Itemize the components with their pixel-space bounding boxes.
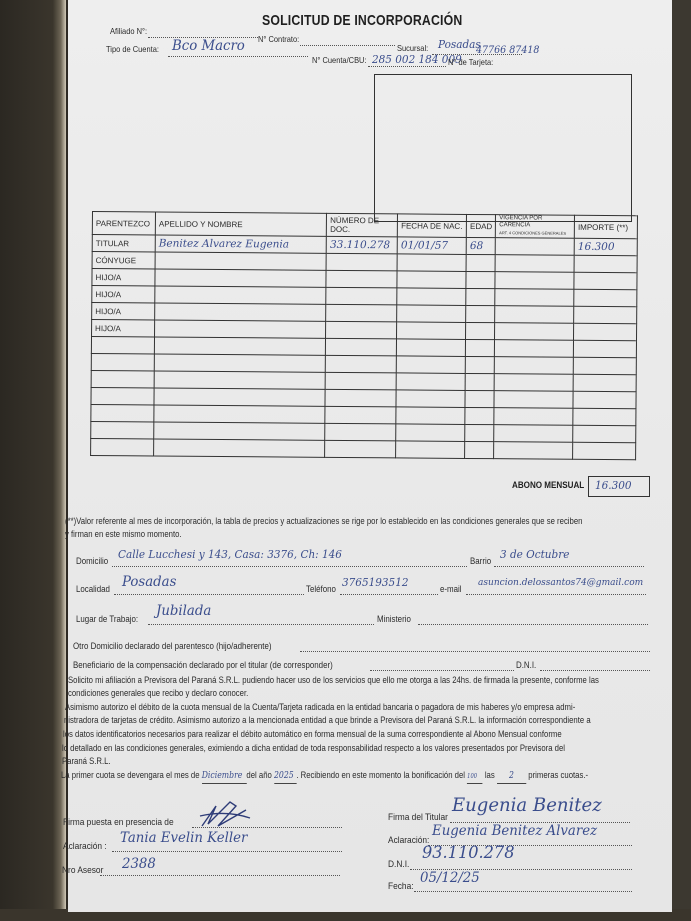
- photo-box: [374, 74, 632, 222]
- asesor-label: Nro Asesor: [62, 865, 103, 876]
- importe-cell[interactable]: [573, 442, 636, 459]
- beneficiario-label: Beneficiario de la compensación declarad…: [73, 660, 333, 670]
- fecha-cell[interactable]: [396, 373, 465, 391]
- domicilio-field[interactable]: [112, 566, 467, 567]
- email-value: asuncion.delossantos74@gmail.com: [478, 577, 643, 588]
- asesor-field[interactable]: [100, 875, 340, 876]
- tarjeta-label: N° de Tarjeta:: [448, 57, 493, 67]
- vigencia-cell[interactable]: [495, 357, 574, 375]
- edad-cell[interactable]: [466, 271, 495, 288]
- importe-cell[interactable]: [574, 272, 637, 289]
- cuota-pre-text: La primer cuota se devengara el mes de: [61, 770, 200, 780]
- vigencia-cell[interactable]: [495, 340, 574, 358]
- tarjeta-value: 47766 87418: [476, 45, 539, 56]
- doc-cell[interactable]: [325, 440, 396, 458]
- doc-cell[interactable]: [326, 304, 397, 322]
- members-table: PARENTEZCO APELLIDO Y NOMBRE NÚMERO DE D…: [90, 211, 638, 460]
- cuota-mid-text: . Recibiendo en este momento la bonifica…: [296, 770, 465, 780]
- edad-cell[interactable]: [465, 407, 494, 424]
- telefono-field[interactable]: [340, 594, 438, 595]
- edad-cell[interactable]: [465, 356, 494, 373]
- table-row: [91, 438, 636, 459]
- otro-domicilio-field[interactable]: [300, 651, 650, 652]
- legal-paragraph-4: nistradora de tarjetas de crédito. Asimi…: [64, 714, 666, 727]
- aclaracion-left-value: Tania Evelin Keller: [120, 830, 247, 846]
- aclaracion-left-label: Aclaración :: [63, 841, 107, 852]
- doc-cell[interactable]: [325, 372, 396, 390]
- cuota-year-value[interactable]: 2025: [274, 770, 296, 784]
- importe-cell[interactable]: [573, 340, 636, 357]
- importe-cell[interactable]: [574, 323, 637, 340]
- column-header: IMPORTE (**): [574, 215, 637, 238]
- nombre-cell[interactable]: [154, 371, 325, 389]
- legal-paragraph-7: Paraná S.R.L.: [62, 755, 664, 768]
- aclaracion-right-value: Eugenia Benitez Alvarez: [432, 823, 597, 839]
- doc-cell[interactable]: [325, 389, 396, 407]
- nombre-cell[interactable]: [154, 320, 325, 338]
- vigencia-cell[interactable]: [494, 391, 573, 409]
- form-title: SOLICITUD DE INCORPORACIÓN: [262, 12, 462, 29]
- witness-signature-scribble: [196, 796, 256, 830]
- doc-cell[interactable]: [326, 321, 397, 339]
- fecha-cell[interactable]: [396, 441, 465, 459]
- dni-label: D.N.I.: [388, 859, 409, 870]
- contrato-field[interactable]: [300, 45, 395, 46]
- nombre-cell[interactable]: [154, 354, 325, 372]
- cuenta-cbu-field[interactable]: [368, 66, 446, 67]
- tipo-cuenta-value: Bco Macro: [172, 38, 245, 54]
- fecha-cell[interactable]: [397, 254, 466, 272]
- email-field[interactable]: [466, 594, 646, 595]
- domicilio-label: Domicilio: [76, 556, 108, 566]
- vigencia-cell[interactable]: [495, 289, 574, 307]
- abono-mensual-field[interactable]: 16.300: [588, 476, 650, 497]
- doc-cell[interactable]: [325, 423, 396, 441]
- parentezco-cell: [91, 370, 154, 387]
- parentezco-cell: [91, 421, 154, 438]
- contrato-label: N° Contrato:: [258, 34, 299, 44]
- nombre-cell[interactable]: [154, 337, 325, 355]
- ministerio-field[interactable]: [418, 624, 648, 625]
- localidad-value: Posadas: [122, 574, 176, 590]
- nombre-cell[interactable]: [155, 269, 326, 287]
- doc-cell[interactable]: [326, 338, 397, 356]
- parentezco-cell: [91, 438, 154, 455]
- fecha-cell[interactable]: [396, 356, 465, 374]
- column-header: FECHA DE NAC.: [398, 214, 467, 238]
- column-header: EDAD: [466, 214, 495, 237]
- vigencia-cell[interactable]: [494, 408, 573, 426]
- vigencia-cell[interactable]: [496, 238, 575, 256]
- nombre-cell[interactable]: [155, 286, 326, 304]
- parentezco-cell: [91, 337, 154, 354]
- fecha-cell[interactable]: [397, 339, 466, 357]
- edad-cell[interactable]: [465, 339, 494, 356]
- cuenta-cbu-label: N° Cuenta/CBU:: [312, 55, 367, 65]
- vigencia-cell[interactable]: [494, 442, 573, 460]
- parentezco-cell: [91, 404, 154, 421]
- cuota-post-text: primeras cuotas.-: [528, 770, 588, 780]
- parentezco-cell: CÓNYUGE: [92, 252, 155, 269]
- importe-cell[interactable]: [573, 425, 636, 442]
- barrio-value: 3 de Octubre: [500, 548, 569, 561]
- sucursal-label: Sucursal:: [397, 43, 428, 53]
- importe-cell[interactable]: [574, 289, 637, 306]
- tipo-cuenta-field[interactable]: [168, 56, 308, 57]
- aclaracion-left-field[interactable]: [112, 851, 342, 852]
- vigencia-subheader: ART. 4 CONDICIONES GENERALES: [499, 230, 566, 236]
- doc-cell[interactable]: [326, 253, 397, 271]
- nombre-cell[interactable]: [154, 388, 325, 406]
- footnote-line-2: y firman en este mismo momento.: [65, 528, 667, 541]
- fecha-cell[interactable]: [396, 424, 465, 442]
- importe-cell[interactable]: [573, 374, 636, 391]
- lugar-trabajo-value: Jubilada: [156, 603, 211, 619]
- fecha-field[interactable]: [414, 891, 632, 892]
- edad-cell[interactable]: [465, 441, 494, 458]
- parentezco-cell: HIJO/A: [92, 269, 155, 286]
- vigencia-cell[interactable]: [494, 374, 573, 392]
- column-header: NÚMERO DE DOC.: [327, 213, 398, 237]
- telefono-value: 3765193512: [342, 576, 409, 589]
- doc-cell[interactable]: [325, 355, 396, 373]
- beneficiario-dni-field[interactable]: [540, 670, 650, 671]
- legal-paragraph-3: Asimismo autorizo el débito de la cuota …: [65, 701, 667, 714]
- cuotas-count-value[interactable]: 2: [497, 770, 526, 784]
- background-table-left: [0, 0, 66, 921]
- lugar-trabajo-label: Lugar de Trabajo:: [76, 614, 138, 624]
- nombre-cell[interactable]: [155, 303, 326, 321]
- importe-cell[interactable]: [573, 357, 636, 374]
- importe-cell[interactable]: [573, 408, 636, 425]
- importe-cell[interactable]: [574, 255, 637, 272]
- vigencia-cell[interactable]: [495, 306, 574, 324]
- localidad-field[interactable]: [114, 594, 304, 595]
- fecha-cell[interactable]: [397, 271, 466, 289]
- fecha-cell[interactable]: [396, 390, 465, 408]
- column-header: PARENTEZCO: [92, 212, 155, 235]
- domicilio-value: Calle Lucchesi y 143, Casa: 3376, Ch: 14…: [118, 548, 342, 561]
- legal-paragraph-1: Solicito mi afiliación a Previsora del P…: [68, 674, 670, 687]
- edad-cell[interactable]: [466, 254, 495, 271]
- vigencia-cell[interactable]: [495, 255, 574, 273]
- telefono-label: Teléfono: [306, 584, 336, 594]
- parentezco-cell: HIJO/A: [92, 286, 155, 303]
- otro-domicilio-label: Otro Domicilio declarado del parentesco …: [73, 641, 272, 651]
- lugar-trabajo-field[interactable]: [148, 624, 374, 625]
- edad-cell[interactable]: [465, 424, 494, 441]
- fecha-value: 05/12/25: [420, 870, 480, 886]
- abono-mensual-value: 16.300: [595, 479, 632, 492]
- footnote-line-1: (**)Valor referente al mes de incorporac…: [65, 515, 667, 528]
- legal-paragraph-5: los datos identificatorios necesarios pa…: [63, 728, 665, 741]
- doc-cell[interactable]: [326, 287, 397, 305]
- vigencia-cell[interactable]: [495, 272, 574, 290]
- cuota-month-value[interactable]: Diciembre: [202, 770, 247, 784]
- firma-titular-value: Eugenia Benitez: [452, 794, 602, 816]
- tipo-cuenta-label: Tipo de Cuenta:: [106, 44, 159, 54]
- edad-cell[interactable]: [466, 305, 495, 322]
- edad-cell[interactable]: [466, 322, 495, 339]
- email-label: e-mail: [440, 584, 462, 594]
- edad-cell[interactable]: 68: [466, 237, 495, 254]
- legal-paragraph-6: lo detallado en las condiciones generale…: [62, 742, 664, 755]
- fecha-cell[interactable]: [397, 322, 466, 340]
- barrio-label: Barrio: [470, 556, 491, 566]
- edad-cell[interactable]: [466, 288, 495, 305]
- nombre-cell[interactable]: Benitez Alvarez Eugenia: [155, 235, 326, 253]
- beneficiario-dni-label: D.N.I.: [516, 660, 536, 670]
- dni-value: 93.110.278: [422, 843, 514, 863]
- nombre-cell[interactable]: [154, 422, 325, 440]
- column-header: VIGENCIA POR CARENCIA ART. 4 CONDICIONES…: [496, 215, 575, 239]
- edad-cell[interactable]: [465, 390, 494, 407]
- cuota-line: La primer cuota se devengara el mes de D…: [61, 769, 691, 784]
- legal-paragraph-2: condiciones generales que recibo y decla…: [68, 687, 670, 700]
- parentezco-cell: [91, 353, 154, 370]
- edad-cell[interactable]: [465, 373, 494, 390]
- doc-cell[interactable]: 33.110.278: [326, 236, 397, 254]
- beneficiario-field[interactable]: [370, 670, 514, 671]
- ministerio-label: Ministerio: [377, 614, 411, 624]
- fecha-cell[interactable]: [397, 288, 466, 306]
- fecha-cell[interactable]: 01/01/57: [397, 237, 466, 255]
- barrio-field[interactable]: [494, 566, 644, 567]
- cuota-year-label: del año: [246, 770, 271, 780]
- asesor-value: 2388: [122, 856, 156, 872]
- fecha-cell[interactable]: [397, 305, 466, 323]
- nombre-cell[interactable]: [154, 439, 325, 457]
- vigencia-cell[interactable]: [494, 425, 573, 443]
- nombre-cell[interactable]: [155, 252, 326, 270]
- importe-cell[interactable]: [574, 306, 637, 323]
- presencia-label: Firma puesta en presencia de: [63, 817, 174, 828]
- parentezco-cell: [91, 387, 154, 404]
- afiliado-label: Afiliado N°:: [110, 26, 147, 36]
- importe-cell[interactable]: [573, 391, 636, 408]
- vigencia-header: VIGENCIA POR CARENCIA: [499, 215, 542, 228]
- vigencia-cell[interactable]: [495, 323, 574, 341]
- nombre-cell[interactable]: [154, 405, 325, 423]
- doc-cell[interactable]: [326, 270, 397, 288]
- firma-titular-label: Firma del Titular: [388, 812, 448, 823]
- parentezco-cell: HIJO/A: [92, 303, 155, 320]
- bonificacion-value[interactable]: 100: [467, 770, 482, 784]
- localidad-label: Localidad: [76, 584, 110, 594]
- sucursal-value: Posadas: [438, 38, 481, 51]
- abono-mensual-label: ABONO MENSUAL: [512, 480, 584, 491]
- column-header: APELLIDO Y NOMBRE: [155, 212, 326, 236]
- fecha-cell[interactable]: [396, 407, 465, 425]
- parentezco-cell: TITULAR: [92, 235, 155, 252]
- parentezco-cell: HIJO/A: [92, 320, 155, 337]
- doc-cell[interactable]: [325, 406, 396, 424]
- cuota-las-text: las: [485, 770, 495, 780]
- importe-cell[interactable]: 16.300: [574, 238, 637, 255]
- fecha-label: Fecha:: [388, 881, 414, 892]
